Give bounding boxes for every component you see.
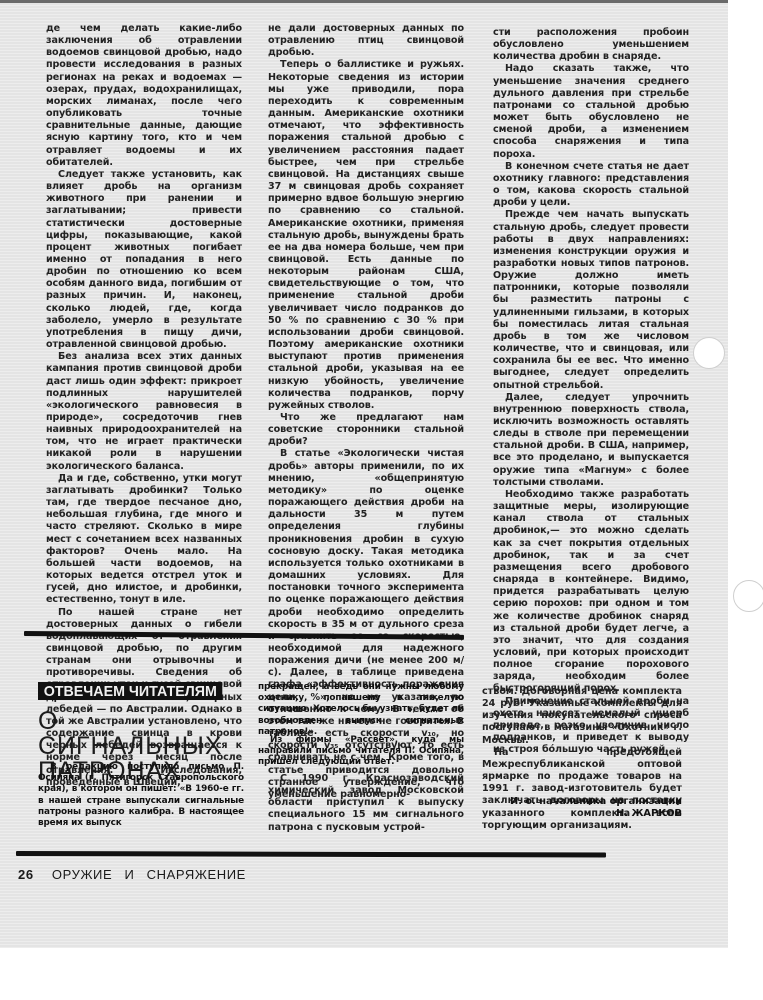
paragraph: сти расположения пробоин обусловлено уме…	[493, 27, 689, 63]
paragraph: Прежде чем начать выпускать стальную дро…	[493, 209, 689, 391]
article-column-1: де чем делать какие-либо заключения об о…	[46, 23, 242, 789]
signature-name: Н. ЖАРКОВ	[482, 808, 682, 820]
letter-intro: В редакцию поступило письмо П. Осипяна (…	[38, 762, 244, 829]
answer-text-part-1: С 1990 г. Краснозаводский химический зав…	[268, 773, 464, 834]
paragraph: Теперь о баллистике и ружьях. Некоторые …	[268, 59, 464, 412]
running-head: ОРУЖИЕ И СНАРЯЖЕНИЕ	[52, 867, 246, 882]
paragraph: В редакцию поступило письмо П. Осипяна (…	[38, 762, 244, 829]
paragraph: Следует также установить, как влияет дро…	[46, 169, 242, 351]
paragraph: Необходимо также разработать защитные ме…	[493, 489, 689, 696]
title-line-1: О СИГНАЛЬНЫХ	[38, 709, 228, 759]
paragraph: Без анализа всех этих данных кампания пр…	[46, 351, 242, 473]
paragraph: де чем делать какие-либо заключения об о…	[46, 23, 242, 169]
rubric-label: ОТВЕЧАЕМ ЧИТАТЕЛЯМ	[38, 682, 223, 700]
paragraph: С 1990 г. Краснозаводский химический зав…	[268, 773, 464, 834]
paragraph: Да и где, собственно, утки могут заглаты…	[46, 473, 242, 607]
paragraph: не дали достоверных данных по отравлению…	[268, 23, 464, 59]
paragraph: Что же предлагают нам советские сторонни…	[268, 412, 464, 448]
editor-note: Из фирмы «Рассвет», куда мы направили пи…	[258, 735, 464, 769]
paragraph: прекращен, а ведь они нужны любому охотн…	[258, 682, 464, 738]
paragraph: ством. Договорная цена комплекта 24 руб.…	[482, 686, 682, 747]
paragraph: В конечном счете статья не дает охотнику…	[493, 161, 689, 210]
article-column-3: сти расположения пробоин обусловлено уме…	[493, 27, 689, 756]
punch-hole	[693, 337, 725, 369]
paragraph: Из фирмы «Рассвет», куда мы направили пи…	[258, 735, 464, 769]
signature-title: И. о. начальника организации	[482, 796, 682, 808]
page-number: 26	[18, 867, 34, 882]
letter-continuation: прекращен, а ведь они нужны любому охотн…	[258, 682, 464, 738]
paragraph: Надо сказать также, что уменьшение значе…	[493, 63, 689, 160]
page-footer: 26 ОРУЖИЕ И СНАРЯЖЕНИЕ	[18, 867, 246, 882]
punch-hole	[733, 580, 763, 612]
footer-divider	[16, 851, 606, 858]
magazine-page: де чем делать какие-либо заключения об о…	[0, 0, 728, 948]
paragraph: Далее, следует упрочнить внутреннюю пове…	[493, 392, 689, 489]
